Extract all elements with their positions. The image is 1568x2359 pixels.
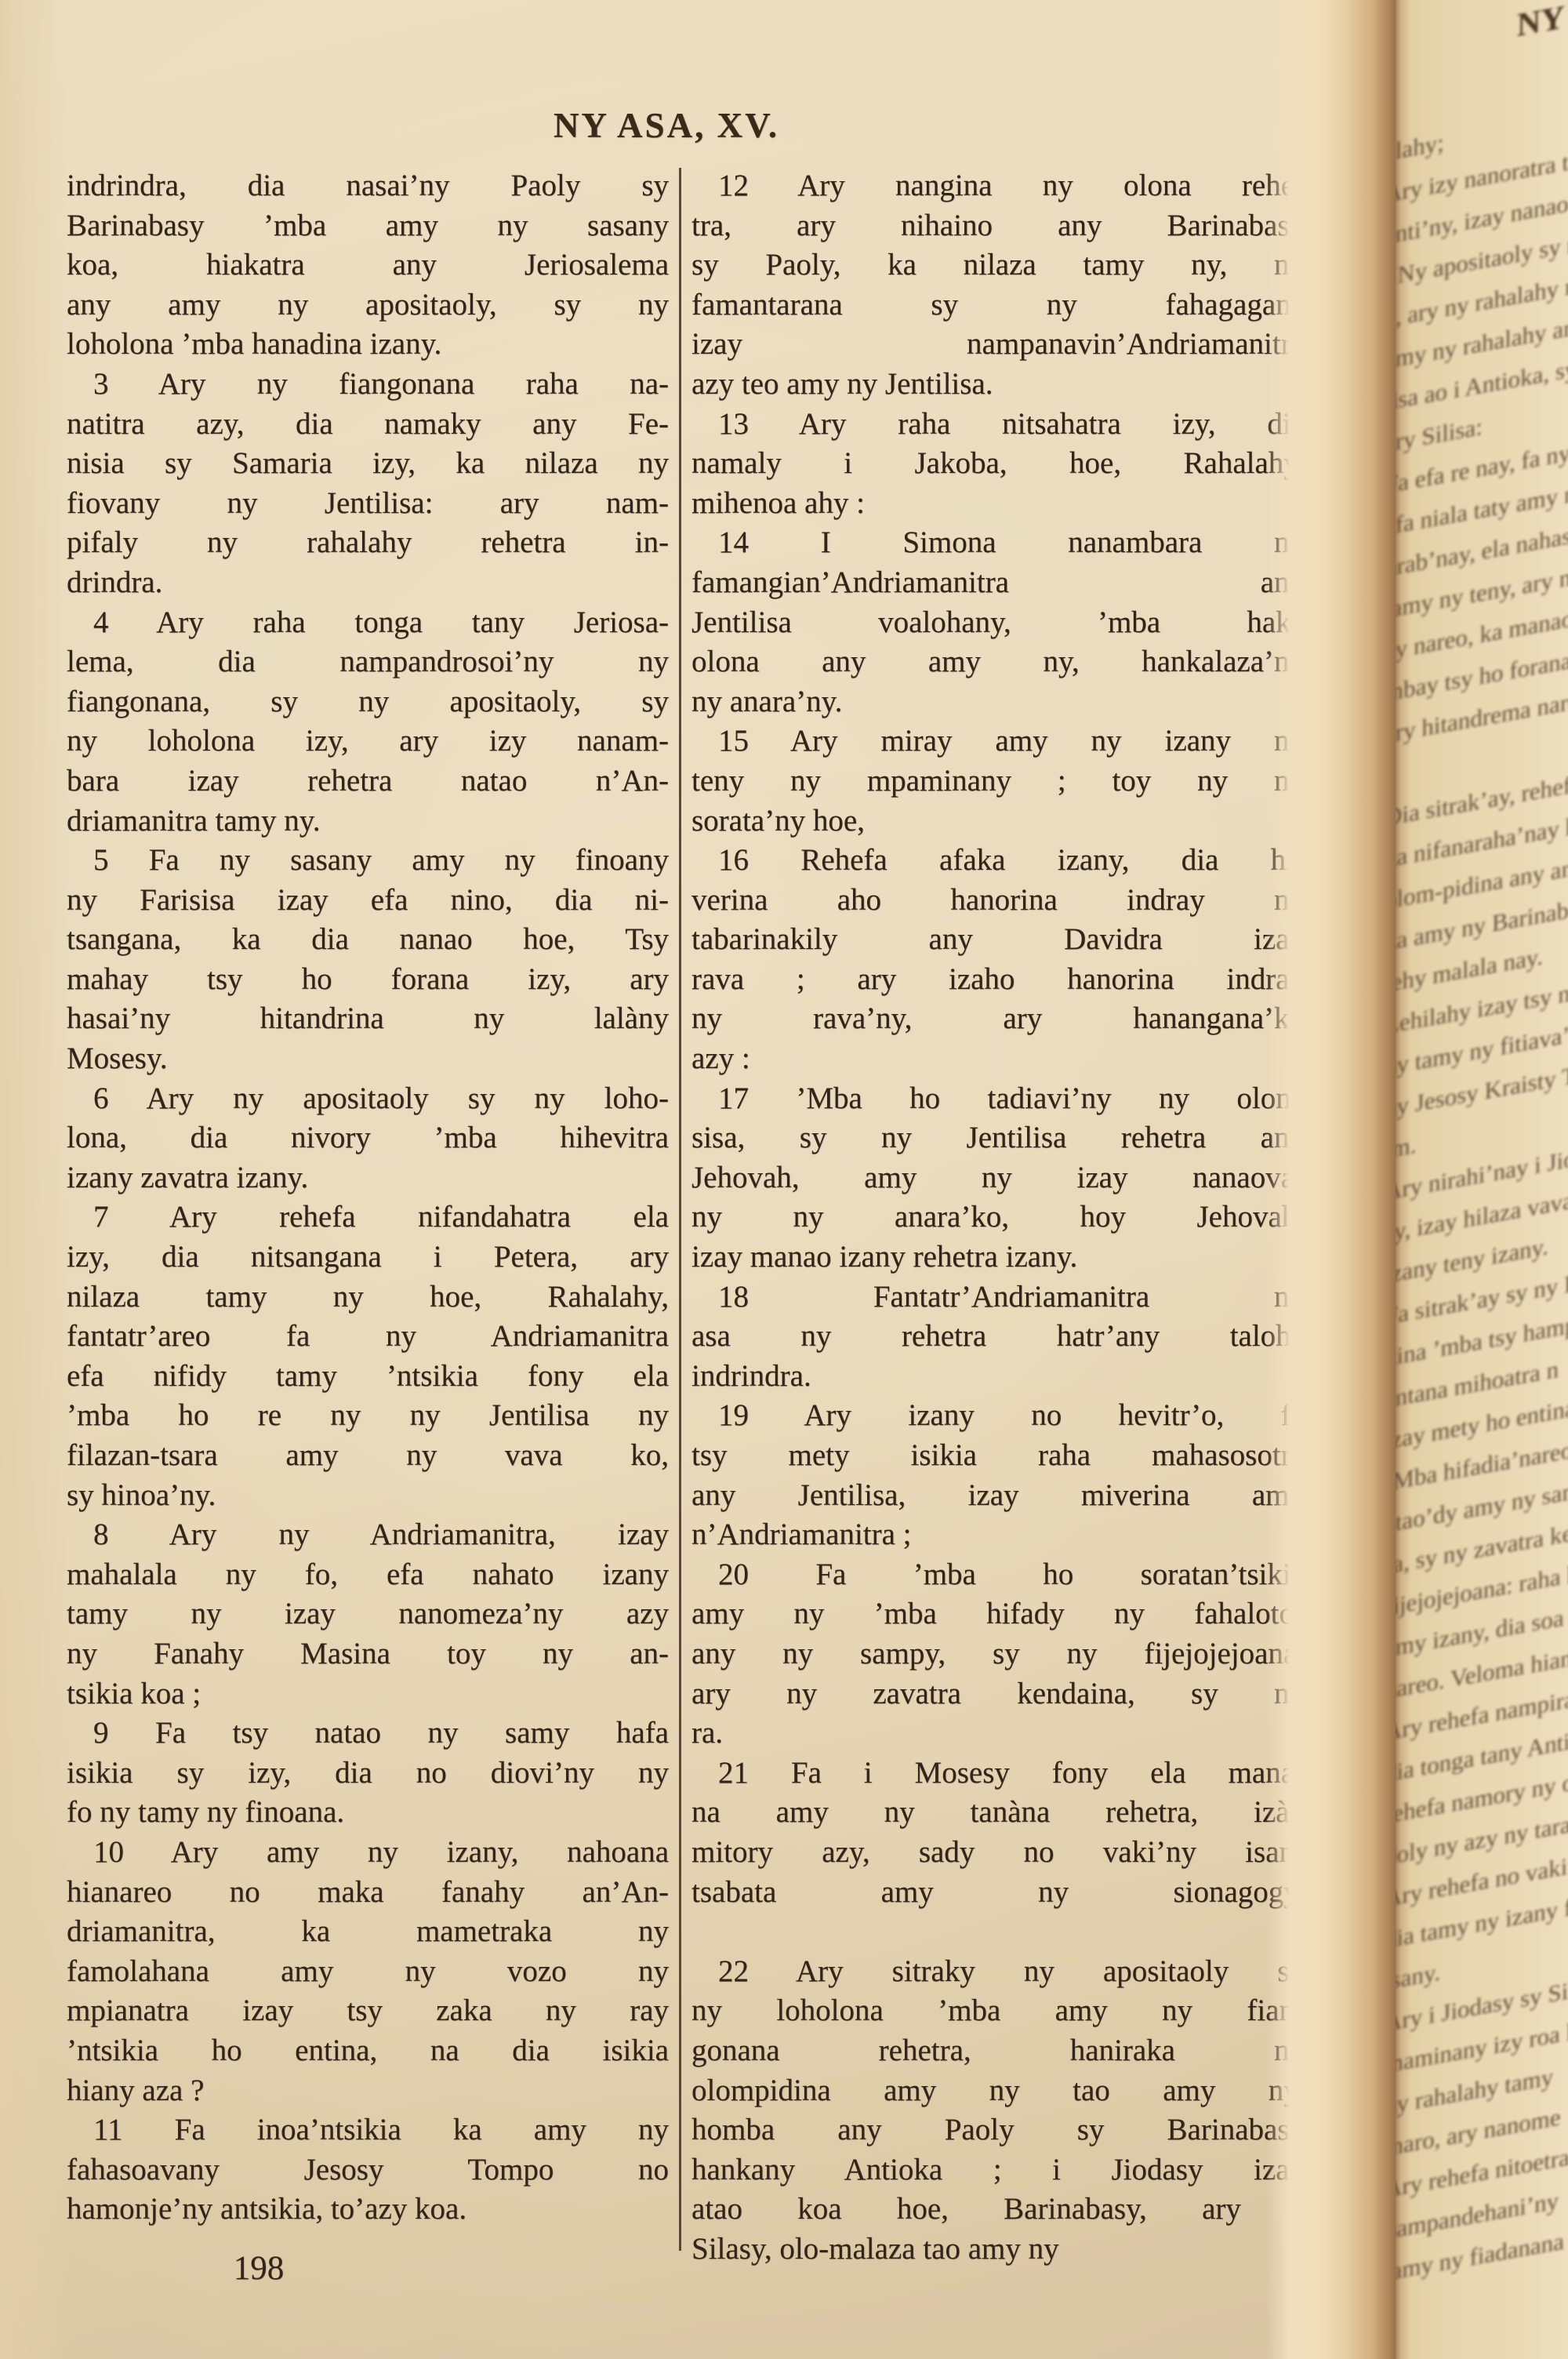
text-line: indrindra. — [691, 1357, 1305, 1397]
text-line: 5 Fa ny sasany amy ny finoany — [67, 841, 669, 881]
text-line: tsangana, ka dia nanao hoe, Tsy — [67, 920, 669, 960]
text-line: ra. — [691, 1714, 1305, 1754]
text-line: tra, ary nihaino any Barinabasy — [691, 206, 1305, 246]
text-line: drindra. — [67, 563, 669, 603]
text-line: loholona ’mba hanadina izany. — [67, 325, 669, 365]
text-line: 10 Ary amy ny izany, nahoana — [67, 1833, 669, 1873]
text-line: ’mba ho re ny ny Jentilisa ny — [67, 1396, 669, 1436]
text-line: isikia sy izy, dia no diovi’ny ny — [67, 1754, 669, 1794]
text-line: mihenoa ahy : — [691, 484, 1305, 524]
text-line: 3 Ary ny fiangonana raha na- — [67, 365, 669, 405]
text-line: sisa, sy ny Jentilisa rehetra any — [691, 1118, 1305, 1158]
verse: 9 Fa tsy natao ny samy hafaisikia sy izy… — [67, 1714, 669, 1833]
text-line: izy, dia nitsangana i Petera, ary — [67, 1238, 669, 1278]
running-header: NY ASA, XV. — [470, 105, 862, 146]
text-line: fantatr’areo fa ny Andriamanitra — [67, 1317, 669, 1357]
text-line: filazan-tsara amy ny vava ko, — [67, 1436, 669, 1476]
text-line: 14 I Simona nanambara ny — [691, 523, 1305, 563]
text-line: asa ny rehetra hatr’any taloha — [691, 1317, 1305, 1357]
text-line: mpianatra izay tsy zaka ny ray — [67, 1991, 669, 2031]
text-line: lona, dia nivory ’mba hihevitra — [67, 1118, 669, 1158]
gutter-shadow — [1266, 0, 1396, 2359]
text-line: tsabata amy ny sionagogy. — [691, 1873, 1305, 1913]
text-line: ny loholona izy, ary izy nanam- — [67, 722, 669, 761]
verse: 4 Ary raha tonga tany Jeriosa-lema, dia … — [67, 603, 669, 841]
text-line: amy ny ’mba hifady ny fahaloto- — [691, 1594, 1305, 1634]
text-line: na amy ny tanàna rehetra, izày — [691, 1793, 1305, 1833]
text-line: ary ny zavatra kendaina, sy ny — [691, 1674, 1305, 1714]
book-page-photo: NY ASA, XV. indrindra, dia nasai’ny Paol… — [0, 0, 1568, 2359]
text-line: 18 Fantatr’Andriamanitra ny — [691, 1278, 1305, 1318]
text-line: homba any Paoly sy Barinabasy — [691, 2110, 1305, 2150]
text-line: Mosesy. — [67, 1039, 669, 1079]
text-line: Silasy, olo-malaza tao amy ny — [691, 2230, 1305, 2270]
text-line: 9 Fa tsy natao ny samy hafa — [67, 1714, 669, 1754]
text-line: hamonje’ny antsikia, to’azy koa. — [67, 2190, 669, 2230]
verse: 3 Ary ny fiangonana raha na-natitra azy,… — [67, 365, 669, 603]
text-line: ny loholona ’mba amy ny fian- — [691, 1991, 1305, 2031]
text-line: fiovany ny Jentilisa: ary nam- — [67, 484, 669, 524]
text-line: 8 Ary ny Andriamanitra, izay — [67, 1515, 669, 1555]
text-line: mahay tsy ho forana izy, ary — [67, 960, 669, 1000]
text-line: ny Fanahy Masina toy ny an- — [67, 1634, 669, 1674]
verse: 22 Ary sitraky ny apositaoly syny loholo… — [691, 1952, 1305, 2270]
verse: 11 Fa inoa’ntsikia ka amy nyfahasoavany … — [67, 2110, 669, 2230]
verse: 5 Fa ny sasany amy ny finoanyny Farisisa… — [67, 841, 669, 1079]
text-line: ny rava’ny, ary hanangana’ko — [691, 999, 1305, 1039]
text-line: 16 Rehefa afaka izany, dia hi- — [691, 841, 1305, 881]
right-text-column: 12 Ary nangina ny olona rehe-tra, ary ni… — [691, 166, 1305, 2269]
text-line: sy hinoa’ny. — [67, 1476, 669, 1516]
text-line — [691, 1912, 1305, 1952]
text-line: gonana rehetra, haniraka ny — [691, 2031, 1305, 2071]
text-line: any Jentilisa, izay miverina amy — [691, 1476, 1305, 1516]
text-line: Barinabasy ’mba amy ny sasany — [67, 206, 669, 246]
text-line: ny anara’ny. — [691, 682, 1305, 722]
verse: 15 Ary miray amy ny izany nyteny ny mpam… — [691, 722, 1305, 841]
text-line: 6 Ary ny apositaoly sy ny loho- — [67, 1079, 669, 1119]
text-line: 22 Ary sitraky ny apositaoly sy — [691, 1952, 1305, 1992]
verse: 18 Fantatr’Andriamanitra nyasa ny rehetr… — [691, 1278, 1305, 1397]
text-line: famangian’Andriamanitra any — [691, 563, 1305, 603]
verse: 8 Ary ny Andriamanitra, izaymahalala ny … — [67, 1515, 669, 1714]
text-line: 7 Ary rehefa nifandahatra ela — [67, 1198, 669, 1238]
text-line: atao koa hoe, Barinabasy, ary i — [691, 2190, 1305, 2230]
text-line: teny ny mpaminany ; toy ny no — [691, 761, 1305, 801]
facing-page-text-fragments: alahy;Ary izy nanoratra taraenti’ny, iza… — [1396, 76, 1568, 2293]
text-line: driamanitra tamy ny. — [67, 801, 669, 841]
column-divider-rule — [679, 168, 681, 2251]
text-line: famolahana amy ny vozo ny — [67, 1952, 669, 1992]
text-line: hasai’ny hitandrina ny lalàny — [67, 999, 669, 1039]
text-line: azy : — [691, 1039, 1305, 1079]
text-line: 15 Ary miray amy ny izany ny — [691, 722, 1305, 761]
text-line: hiany aza ? — [67, 2071, 669, 2111]
text-line: nisia sy Samaria izy, ka nilaza ny — [67, 444, 669, 484]
text-line: verina aho hanorina indray ny — [691, 881, 1305, 921]
text-line: n’Andriamanitra ; — [691, 1515, 1305, 1555]
text-line: nilaza tamy ny hoe, Rahalahy, — [67, 1278, 669, 1318]
text-line: 21 Fa i Mosesy fony ela mana- — [691, 1754, 1305, 1794]
verse: 14 I Simona nanambara nyfamangian’Andria… — [691, 523, 1305, 722]
verse: 13 Ary raha nitsahatra izy, dianamaly i … — [691, 405, 1305, 524]
text-line: indrindra, dia nasai’ny Paoly sy — [67, 166, 669, 206]
text-line: 11 Fa inoa’ntsikia ka amy ny — [67, 2110, 669, 2150]
text-line: 19 Ary izany no hevitr’o, fa — [691, 1396, 1305, 1436]
facing-page-edge: NY alahy;Ary izy nanoratra taraenti’ny, … — [1396, 0, 1568, 2359]
text-line: 17 ’Mba ho tadiavi’ny ny olona — [691, 1079, 1305, 1119]
text-line: tsy mety isikia raha mahasosotra — [691, 1436, 1305, 1476]
text-line: tamy ny izay nanomeza’ny azy — [67, 1594, 669, 1634]
text-line: any ny sampy, sy ny fijejojejoana, — [691, 1634, 1305, 1674]
facing-page-running-header: NY — [1517, 0, 1565, 45]
verse: 6 Ary ny apositaoly sy ny loho-lona, dia… — [67, 1079, 669, 1198]
verse: 16 Rehefa afaka izany, dia hi-verina aho… — [691, 841, 1305, 1079]
text-line: mahalala ny fo, efa nahato izany — [67, 1555, 669, 1595]
text-line: fahasoavany Jesosy Tompo no — [67, 2150, 669, 2190]
verse: 21 Fa i Mosesy fony ela mana-na amy ny t… — [691, 1754, 1305, 1952]
text-line: fo ny tamy ny finoana. — [67, 1793, 669, 1833]
verse: 7 Ary rehefa nifandahatra elaizy, dia ni… — [67, 1198, 669, 1515]
text-line: tabarinakily any Davidra izay — [691, 920, 1305, 960]
text-line: hianareo no maka fanahy an’An- — [67, 1873, 669, 1913]
text-line: izany zavatra izany. — [67, 1158, 669, 1198]
verse: indrindra, dia nasai’ny Paoly syBarinaba… — [67, 166, 669, 365]
verse: 12 Ary nangina ny olona rehe-tra, ary ni… — [691, 166, 1305, 405]
text-line: any amy ny apositaoly, sy ny — [67, 285, 669, 325]
verse: 19 Ary izany no hevitr’o, fatsy mety isi… — [691, 1396, 1305, 1554]
verse: 10 Ary amy ny izany, nahoanahianareo no … — [67, 1833, 669, 2110]
text-line: mitory azy, sady no vaki’ny isan- — [691, 1833, 1305, 1873]
text-line: 12 Ary nangina ny olona rehe- — [691, 166, 1305, 206]
text-line: izay nampanavin’Andriamanitra — [691, 325, 1305, 365]
text-line: koa, hiakatra any Jeriosalema — [67, 245, 669, 285]
text-line: Jehovah, amy ny izay nanaova’ — [691, 1158, 1305, 1198]
left-text-column: indrindra, dia nasai’ny Paoly syBarinaba… — [67, 166, 669, 2230]
verse: 17 ’Mba ho tadiavi’ny ny olonasisa, sy n… — [691, 1079, 1305, 1278]
text-line: olona any amy ny, hankalaza’ny — [691, 642, 1305, 682]
text-line: 13 Ary raha nitsahatra izy, dia — [691, 405, 1305, 445]
text-line: namaly i Jakoba, hoe, Rahalahy, — [691, 444, 1305, 484]
text-line: ’ntsikia ho entina, na dia isikia — [67, 2031, 669, 2071]
text-line: lema, dia nampandrosoi’ny ny — [67, 642, 669, 682]
text-line: 20 Fa ’mba ho soratan’tsikia — [691, 1555, 1305, 1595]
text-line: azy teo amy ny Jentilisa. — [691, 365, 1305, 405]
text-line: fiangonana, sy ny apositaoly, sy — [67, 682, 669, 722]
text-line: driamanitra, ka mametraka ny — [67, 1912, 669, 1952]
verse: 20 Fa ’mba ho soratan’tsikiaamy ny ’mba … — [691, 1555, 1305, 1754]
text-line: ny ny anara’ko, hoy Jehovah, — [691, 1198, 1305, 1238]
text-line: hankany Antioka ; i Jiodasy izay — [691, 2150, 1305, 2190]
text-line: sy Paoly, ka nilaza tamy ny, ny — [691, 245, 1305, 285]
page-left-edge-shading — [0, 0, 71, 2359]
text-line: 4 Ary raha tonga tany Jeriosa- — [67, 603, 669, 643]
text-line: tsikia koa ; — [67, 1674, 669, 1714]
text-line: izay manao izany rehetra izany. — [691, 1238, 1305, 1278]
text-line: efa nifidy tamy ’ntsikia fony ela — [67, 1357, 669, 1397]
text-line: Jentilisa voalohany, ’mba haka — [691, 603, 1305, 643]
text-line: natitra azy, dia namaky any Fe- — [67, 405, 669, 445]
text-line: pifaly ny rahalahy rehetra in- — [67, 523, 669, 563]
text-line: rava ; ary izaho hanorina indray — [691, 960, 1305, 1000]
page-number: 198 — [196, 2249, 321, 2288]
text-line: bara izay rehetra natao n’An- — [67, 761, 669, 801]
text-line: olompidina amy ny tao amy ny, — [691, 2071, 1305, 2111]
text-line: sorata’ny hoe, — [691, 801, 1305, 841]
text-line: famantarana sy ny fahagagana — [691, 285, 1305, 325]
text-line: ny Farisisa izay efa nino, dia ni- — [67, 881, 669, 921]
